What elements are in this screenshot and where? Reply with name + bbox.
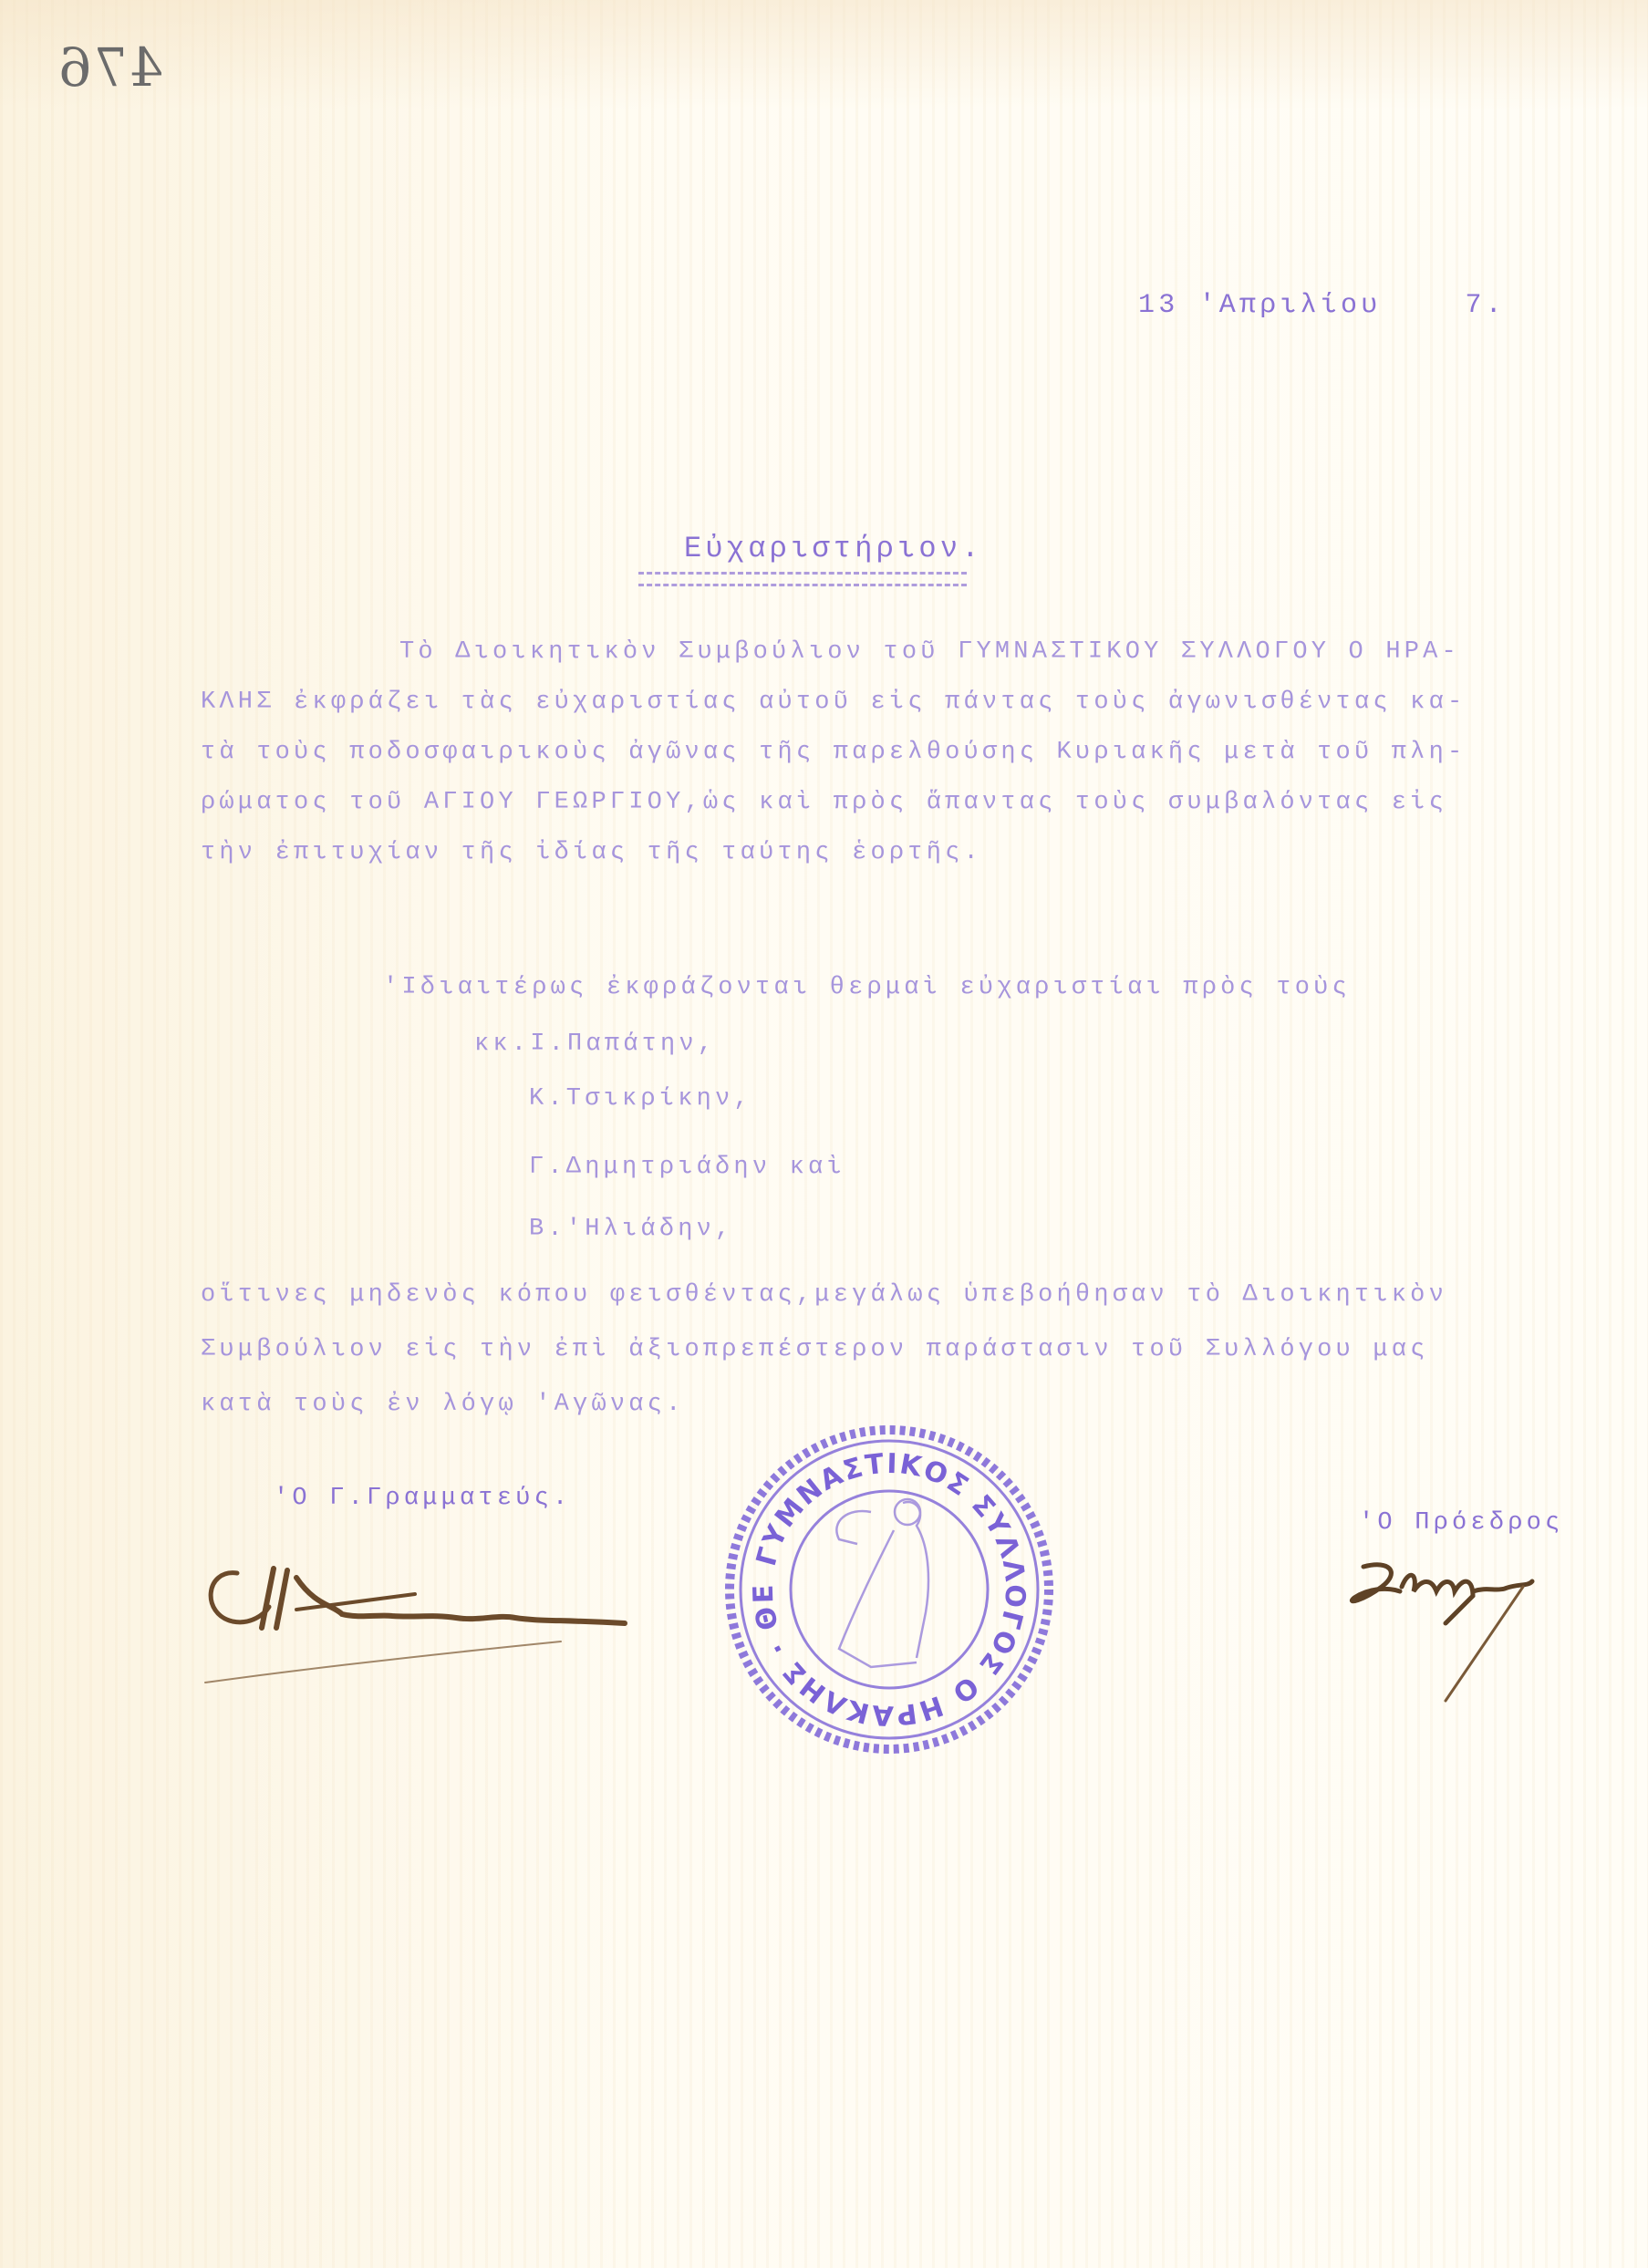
secretary-title: 'Ο Γ.Γραμματεύς.	[274, 1485, 571, 1512]
president-title: 'Ο Πρόεδρος	[1359, 1509, 1563, 1537]
paper-background	[0, 0, 1648, 2268]
body-line-4: ρώματος τοῦ ΑΓΙΟΥ ΓΕΩΡΓΙΟΥ,ὡς καὶ πρὸς ἅ…	[201, 789, 1447, 816]
secretary-signature	[196, 1550, 634, 1696]
document-title: Εὐχαριστήριον.	[684, 532, 983, 565]
closing-line-1: οἵτινες μηδενὸς κόπου φεισθέντας,μεγάλως…	[201, 1281, 1447, 1309]
honoree-3: Γ.Δημητριάδην καὶ	[529, 1154, 845, 1181]
svg-text:ΓΥΜΝΑΣΤΙΚΟΣ ΣΥΛΛΟΓΟΣ Ο ΗΡΑΚΛΗΣ: ΓΥΜΝΑΣΤΙΚΟΣ ΣΥΛΛΟΓΟΣ Ο ΗΡΑΚΛΗΣ · ΘΕΣΣΑΛΟ…	[720, 1421, 1031, 1731]
body-line-1: Τὸ Διοικητικὸν Συμβούλιον τοῦ ΓΥΜΝΑΣΤΙΚΟ…	[399, 638, 1460, 666]
date-day-month: 13 'Απριλίου	[1138, 290, 1381, 321]
honoree-1: κκ.Ι.Παπάτην,	[474, 1030, 716, 1058]
date-year: 7.	[1465, 290, 1505, 321]
closing-line-3: κατὰ τοὺς ἐν λόγῳ 'Αγῶνας.	[201, 1391, 684, 1418]
document-date: 13 'Απριλίου7.	[1138, 290, 1506, 321]
president-signature	[1336, 1550, 1564, 1714]
body-line-3: τὰ τοὺς ποδοσφαιρικοὺς ἀγῶνας τῆς παρελθ…	[201, 739, 1466, 766]
club-stamp: ΓΥΜΝΑΣΤΙΚΟΣ ΣΥΛΛΟΓΟΣ Ο ΗΡΑΚΛΗΣ · ΘΕΣΣΑΛΟ…	[720, 1421, 1058, 1758]
stamp-figure-icon	[836, 1499, 928, 1667]
body-line-2: ΚΛΗΣ ἐκφράζει τὰς εὐχαριστίας αὐτοῦ εἰς …	[201, 689, 1466, 716]
honoree-2: Κ.Τσικρίκην,	[529, 1085, 752, 1113]
honoree-4: Β.'Ηλιάδην,	[529, 1216, 733, 1243]
thanks-intro: 'Ιδιαιτέρως ἐκφράζονται θερμαὶ εὐχαριστί…	[383, 974, 1351, 1001]
title-underline	[638, 572, 967, 586]
stamp-text: ΓΥΜΝΑΣΤΙΚΟΣ ΣΥΛΛΟΓΟΣ Ο ΗΡΑΚΛΗΣ · ΘΕΣΣΑΛΟ…	[720, 1421, 1031, 1731]
closing-line-2: Συμβούλιον εἰς τὴν ἐπὶ ἀξιοπρεπέστερον π…	[201, 1336, 1429, 1363]
archive-number: 476	[57, 36, 163, 98]
body-line-5: τὴν ἐπιτυχίαν τῆς ἰδίας τῆς ταύτης ἑορτῆ…	[201, 839, 982, 866]
